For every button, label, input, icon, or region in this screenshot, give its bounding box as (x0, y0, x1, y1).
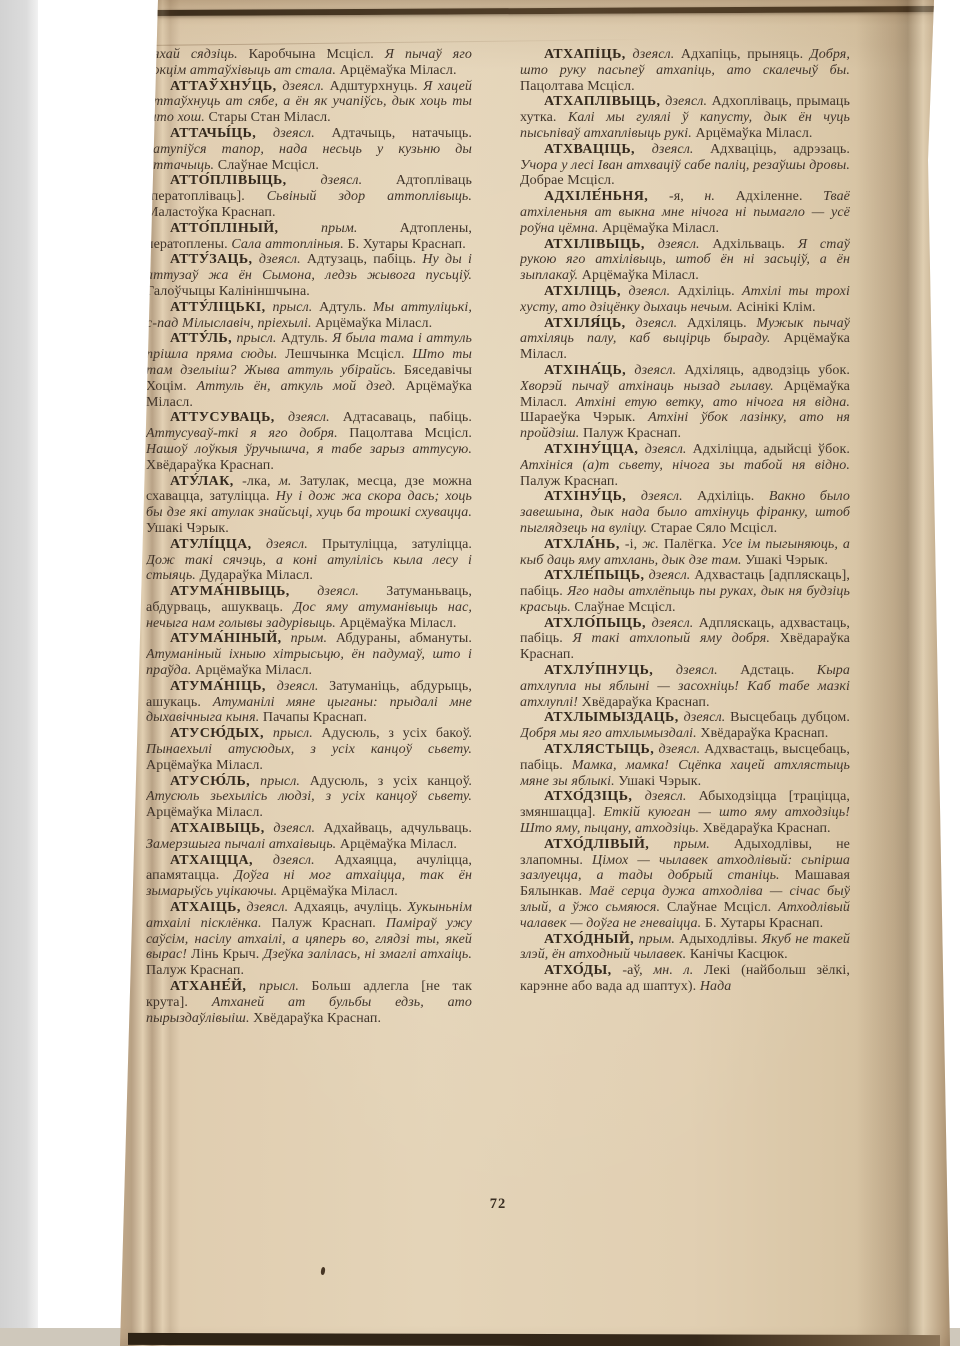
dictionary-entry: АТХІЛЯ́ЦЬ, дзеясл. Адхіляць. Мужык пычаў… (520, 316, 850, 363)
italic-run: прым. (639, 932, 680, 947)
italic-run: дзеясл. (652, 142, 710, 157)
roman-run: Арцёмаўка Міласл. (195, 663, 312, 678)
roman-run: Асінікі Клім. (736, 300, 815, 315)
roman-run: Арцёмаўка Міласл. (602, 221, 719, 236)
headword: АТХЛУ́ПНУЦЬ, (544, 663, 676, 678)
headword: АТХВАЦІЦЬ, (544, 142, 652, 157)
page-number: 72 (146, 1196, 850, 1213)
roman-run: Стары Стан Міласл. (209, 110, 331, 125)
headword: АТУМА́НІЦЬ, (170, 679, 277, 694)
italic-run: Атхініся (а)т сьвету, нічога зы табой ня… (520, 458, 850, 473)
roman-run: Б. Хутары Краснап. (705, 916, 823, 931)
book-page: няхай сядзіць. Каробчына Мсцісл. Я пычаў… (0, 0, 960, 1346)
italic-run: дзеясл. (317, 584, 386, 599)
ink-speck (320, 1267, 325, 1275)
roman-run: Галоўчыцы Калініншчына. (146, 284, 310, 299)
roman-run: Арцёмаўка Міласл. (315, 316, 432, 331)
roman-run: Слаўнае Мсцісл. (574, 600, 675, 615)
roman-run: Адштурхнуць. (330, 79, 424, 94)
italic-run: дзеясл. (634, 363, 684, 378)
roman-run: Адстаць. (740, 663, 817, 678)
roman-run: Шараеўка Чэрык. (520, 410, 648, 425)
italic-run: дзеясл. (273, 126, 331, 141)
headword: АТУМА́НІНЫЙ, (170, 631, 291, 646)
roman-run: Адхапіць, прыняць. (681, 47, 810, 62)
roman-run: Хвёдараўка Краснап. (700, 726, 828, 741)
dictionary-entry: АТХІЛІВЫЦЬ, дзеясл. Адхільваць. Я стаў р… (520, 237, 850, 284)
dictionary-entry: АТХО́ДЛІВЫЙ, прым. Адыходлівы, не злапом… (520, 837, 850, 932)
headword: АТТУ́ЛЬ, (170, 331, 237, 346)
roman-run: Арцёмаўка Міласл. (281, 884, 398, 899)
dictionary-entry: АТТАЧЫ́ЦЬ, дзеясл. Адтачыць, натачыць. З… (146, 126, 472, 173)
headword: АТХАНЕ́Й, (170, 979, 259, 994)
dictionary-entry: АТХАІЦЦА, дзеясл. Адхаяцца, ачуліцца, ап… (146, 853, 472, 900)
italic-run: Яго нады атхлёпыць пы руках, дык ня будз… (520, 584, 850, 615)
italic-run: дзеясл. (645, 442, 693, 457)
headword: АТУ́ЛАК, (170, 474, 242, 489)
italic-run: дзеясл. (320, 173, 395, 188)
italic-run: дзеясл. (652, 616, 699, 631)
roman-run: -аў, (622, 963, 653, 978)
roman-run: Адхіляць. (687, 316, 756, 331)
roman-run: Слаўнае Мсцісл. (218, 158, 319, 173)
headword: АТХО́ДЗІЦЬ, (544, 789, 645, 804)
roman-run: Адхіліць. (677, 284, 742, 299)
dictionary-entry: АТТУ́ЗАЦЬ, дзеясл. Адтузаць, пабіць. Ну … (146, 252, 472, 299)
dictionary-entry: няхай сядзіць. Каробчына Мсцісл. Я пычаў… (146, 47, 472, 79)
headword: АТТАЎХНУ́ЦЬ, (170, 79, 282, 94)
italic-run: ж. (642, 537, 664, 552)
italic-run: дзеясл. (645, 789, 699, 804)
italic-run: дзеясл. (288, 410, 343, 425)
dictionary-entry: АТХВАЦІЦЬ, дзеясл. Адхваціць, адрэзаць. … (520, 142, 850, 189)
italic-run: Аттусуваў-ткі я яго добря. (146, 426, 349, 441)
italic-run: дзеясл. (636, 316, 687, 331)
roman-run: Прытуліцца, затуліцца. (322, 537, 472, 552)
roman-run: Пацолтава Мсцісл. (520, 79, 635, 94)
roman-run: Арцёмаўка Міласл. (339, 616, 456, 631)
headword: АТХАПІ́ЦЬ, (544, 47, 633, 62)
roman-run: Абдураны, абмануты. (336, 631, 472, 646)
roman-run: Высцебаць дубцом. (730, 710, 850, 725)
dictionary-entry: АТУМА́НІНЫЙ, прым. Абдураны, абмануты. А… (146, 631, 472, 678)
italic-run: дзеясл. (246, 900, 293, 915)
dictionary-entry: АТХАІВЫЦЬ, дзеясл. Адхайваць, адчульваць… (146, 821, 472, 853)
italic-run: дзеясл. (259, 252, 307, 267)
roman-run: Палёгка. (664, 537, 721, 552)
roman-run: Арцёмаўка Міласл. (146, 758, 263, 773)
roman-run: Арцёмаўка Міласл. (340, 837, 457, 852)
italic-run: дзеясл. (273, 821, 323, 836)
headword: АТХЛЕ́ПЫЦЬ, (544, 568, 649, 583)
dictionary-entry: АТХЛУ́ПНУЦЬ, дзеясл. Адстаць. Кыра атхлу… (520, 663, 850, 710)
roman-run: Лінь Крыч. (191, 947, 263, 962)
italic-run: н. (704, 189, 735, 204)
headword: АТХІНУ́ЦЦА, (544, 442, 645, 457)
italic-run: дзеясл. (628, 284, 677, 299)
roman-run: Пачапы Краснап. (263, 710, 367, 725)
scanner-background-strip (0, 0, 38, 1346)
roman-run: Палуж Краснап. (271, 916, 385, 931)
italic-run: прысл. (259, 979, 311, 994)
left-column: няхай сядзіць. Каробчына Мсцісл. Я пычаў… (146, 47, 472, 1205)
italic-run: прысл. (273, 726, 322, 741)
roman-run: Хвёдараўка Краснап. (146, 458, 274, 473)
headword: АТХІНУ́ЦЬ, (544, 489, 641, 504)
italic-run: Дзеўка залілась, ні змаглі атхаіць. (263, 947, 472, 962)
roman-run: Адхіліцца, адыйсці ўбок. (693, 442, 850, 457)
italic-run: дзеясл. (641, 489, 697, 504)
dictionary-entry: АТХЛА́НЬ, -і, ж. Палёгка. Усе ім пыгыняю… (520, 537, 850, 569)
roman-run: Слаўнае Мсцісл. (667, 900, 778, 915)
roman-run: -і, (625, 537, 642, 552)
roman-run: Арцёмаўка Міласл. (582, 268, 699, 283)
dictionary-entry: АТХАНЕ́Й, прысл. Больш адлегла [не так к… (146, 979, 472, 1026)
italic-run: Аттуль ён, аткуль мой дзед. (196, 379, 405, 394)
italic-run: дзеясл. (649, 568, 695, 583)
headword: АТТАЧЫ́ЦЬ, (170, 126, 273, 141)
italic-run: Нада (700, 979, 732, 994)
italic-run: дзеясл. (273, 853, 335, 868)
italic-run: прым. (673, 837, 733, 852)
italic-run: Добря мы яго атхлымыздалі. (520, 726, 700, 741)
roman-run: Палуж Краснап. (146, 963, 244, 978)
headword: АТУМА́НІВЫЦЬ, (170, 584, 317, 599)
dictionary-entry: АТТАЎХНУ́ЦЬ, дзеясл. Адштурхнуць. Я хаце… (146, 79, 472, 126)
page-curl-shadow (856, 0, 952, 1346)
headword: АТУСЮ́ДЫХ, (170, 726, 273, 741)
roman-run: Адхаяць, ачуліць. (294, 900, 408, 915)
roman-run: Хвёдараўка Краснап. (582, 695, 710, 710)
italic-run: дзеясл. (658, 742, 704, 757)
headword: АТТО́ПЛІВЫЦЬ, (170, 173, 320, 188)
headword: АТТО́ПЛІНЫЙ, (170, 221, 321, 236)
dictionary-entry: АТХІНУ́ЦЬ, дзеясл. Адхіліць. Вакно было … (520, 489, 850, 536)
right-column: АТХАПІ́ЦЬ, дзеясл. Адхапіць, прыняць. До… (520, 47, 850, 1205)
dictionary-entry: АТХО́ДЫ, -аў, мн. л. Лекі (найбольш зёлк… (520, 963, 850, 995)
headword: АТХАПЛІВЫЦЬ, (544, 94, 665, 109)
roman-run: Старае Сяло Мсцісл. (651, 521, 778, 536)
headword: АТХІЛЯ́ЦЬ, (544, 316, 636, 331)
italic-run: прым. (321, 221, 400, 236)
italic-run: мн. л. (653, 963, 704, 978)
roman-run: Каробчына Мсцісл. (249, 47, 385, 62)
roman-run: Адхваціць, адрэзаць. (710, 142, 850, 157)
headword: АТТУ́ЛІЦЬКІ, (170, 300, 272, 315)
dictionary-entry: АТХО́ДНЫЙ, прым. Адыходлівы. Якуб не так… (520, 932, 850, 964)
italic-run: дзеясл. (684, 710, 731, 725)
roman-run: Адхайваць, адчульваць. (324, 821, 472, 836)
headword: АТХІЛІВЫЦЬ, (544, 237, 658, 252)
roman-run: Адтуль. (281, 331, 332, 346)
roman-run: Ушакі Чэрык. (618, 774, 701, 789)
italic-run: Учора у лесі Іван атхваціў сабе паліц, р… (520, 158, 850, 173)
roman-run: Пацолтава Мсцісл. (349, 426, 472, 441)
roman-run: Арцёмаўка Міласл. (146, 805, 263, 820)
dictionary-entry: АТХІНА́ЦЬ, дзеясл. Адхіляць, адводзіць у… (520, 363, 850, 442)
headword: АТУСЮ́ЛЬ, (170, 774, 260, 789)
italic-run: Сала аттопліныя. (231, 237, 347, 252)
roman-run: Адхільваць. (712, 237, 797, 252)
dictionary-entry: АТУ́ЛАК, -лка, м. Затулак, месца, дзе мо… (146, 474, 472, 537)
roman-run: Арцёмаўка Міласл. (695, 126, 812, 141)
headword: АТХАІВЫЦЬ, (170, 821, 273, 836)
dictionary-entry: АТХЛЯСТЫЦЬ, дзеясл. Адхвастаць, высцебац… (520, 742, 850, 789)
roman-run: Ушакі Чэрык. (146, 521, 229, 536)
roman-run: Арцёмаўка Міласл. (340, 63, 457, 78)
italic-run: Я такі атхлопый яму добря. (573, 631, 780, 646)
scanned-page: няхай сядзіць. Каробчына Мсцісл. Я пычаў… (0, 0, 960, 1346)
roman-run: -я, (669, 189, 704, 204)
roman-run: Адтасаваць, пабіць. (343, 410, 472, 425)
roman-run: Б. Хутары Краснап. (347, 237, 465, 252)
dictionary-entry: АТХАПЛІВЫЦЬ, дзеясл. Адхопліваць, прымац… (520, 94, 850, 141)
italic-run: м. (279, 474, 300, 489)
dictionary-entry: АТУЛІ́ЦЦА, дзеясл. Прытуліцца, затуліцца… (146, 537, 472, 584)
dictionary-entry: АТТО́ПЛІВЫЦЬ, дзеясл. Адтопліваць [перат… (146, 173, 472, 220)
italic-run: прысл. (237, 331, 281, 346)
dictionary-entry: АТТУ́ЛЬ, прысл. Адтуль. Я была тама і ат… (146, 331, 472, 410)
dictionary-entry: АТХЛО́ПЫЦЬ, дзеясл. Адпляскаць, адхваста… (520, 616, 850, 663)
roman-run: Палуж Краснап. (583, 426, 681, 441)
headword: АТХІНА́ЦЬ, (544, 363, 634, 378)
italic-run: прым. (291, 631, 336, 646)
headword: АТУЛІ́ЦЦА, (170, 537, 266, 552)
dictionary-entry: АТУСЮ́ДЫХ, прысл. Адусюль, з усіх бакоў.… (146, 726, 472, 773)
dictionary-entry: АТХАПІ́ЦЬ, дзеясл. Адхапіць, прыняць. До… (520, 47, 850, 94)
headword: АТХО́ДЛІВЫЙ, (544, 837, 673, 852)
dictionary-entry: АТХІНУ́ЦЦА, дзеясл. Адхіліцца, адыйсці ў… (520, 442, 850, 489)
roman-run: Адхіленне. (736, 189, 824, 204)
roman-run: Адыходлівы. (679, 932, 762, 947)
italic-run: Атусюль зьехылісь людзі, з усіх канцоў с… (146, 789, 472, 804)
roman-run: Адтуль. (319, 300, 373, 315)
roman-run: Адтузаць, пабіць. (307, 252, 422, 267)
italic-run: дзеясл. (633, 47, 681, 62)
italic-run: прысл. (260, 774, 310, 789)
headword: АТХЛО́ПЫЦЬ, (544, 616, 652, 631)
roman-run: Хвёдараўка Краснап. (253, 1011, 381, 1026)
italic-run: дзеясл. (282, 79, 329, 94)
dictionary-entry: АТУМА́НІЦЬ, дзеясл. Затуманіць, абдурыць… (146, 679, 472, 726)
dictionary-entry: АТТУСУВАЦЬ, дзеясл. Адтасаваць, пабіць. … (146, 410, 472, 473)
headword: АТХАІЦЬ, (170, 900, 246, 915)
dictionary-entry: АДХІЛЕ́НЬНЯ, -я, н. Адхіленне. Тваё атхі… (520, 189, 850, 236)
headword: АТТУСУВАЦЬ, (170, 410, 288, 425)
italic-run: няхай сядзіць. (146, 47, 249, 62)
headword: АТХО́ДЫ, (544, 963, 622, 978)
dictionary-entry: АТТУ́ЛІЦЬКІ, прысл. Адтуль. Мы аттуліцьк… (146, 300, 472, 332)
dictionary-entry: АТХЛЕ́ПЫЦЬ, дзеясл. Адхвастаць [адпляска… (520, 568, 850, 615)
roman-run: Хвёдараўка Краснап. (703, 821, 831, 836)
italic-run: Сьвіный здор аттоплівыць. (267, 189, 472, 204)
roman-run: Адхіліць. (697, 489, 769, 504)
italic-run: прысл. (272, 300, 319, 315)
roman-run: Палуж Краснап. (520, 474, 618, 489)
headword: АТХАІЦЦА, (170, 853, 273, 868)
roman-run: Адусюль, з усіх канцоў. (310, 774, 472, 789)
dictionary-entry: АТТО́ПЛІНЫЙ, прым. Адтоплены, ператоплен… (146, 221, 472, 253)
headword: АТТУ́ЗАЦЬ, (170, 252, 259, 267)
roman-run: Добрае Мсцісл. (520, 173, 615, 188)
headword: АТХО́ДНЫЙ, (544, 932, 639, 947)
italic-run: дзеясл. (658, 237, 713, 252)
dictionary-entry: АТХАІЦЬ, дзеясл. Адхаяць, ачуліць. Хукын… (146, 900, 472, 979)
italic-run: Хворэй пычаў атхінаць нызад гылаву. (520, 379, 784, 394)
roman-run: Адусюль, з усіх бакоў. (321, 726, 472, 741)
headword: АДХІЛЕ́НЬНЯ, (544, 189, 669, 204)
italic-run: дзеясл. (277, 679, 329, 694)
roman-run: Дудараўка Міласл. (200, 568, 313, 583)
dictionary-entry: АТУСЮ́ЛЬ, прысл. Адусюль, з усіх канцоў.… (146, 774, 472, 821)
headword: АТХЛА́НЬ, (544, 537, 625, 552)
dictionary-entry: АТУМА́НІВЫЦЬ, дзеясл. Затуманьваць, абду… (146, 584, 472, 631)
italic-run: Атхіні етую ветку, ато нічога ня відна. (576, 395, 850, 410)
italic-run: дзеясл. (665, 94, 711, 109)
headword: АТХІЛІЦЬ, (544, 284, 628, 299)
book-bottom-edge (128, 1333, 940, 1346)
italic-run: Нашоў лоўкыя ўручышча, я табе зарыз атту… (146, 442, 472, 457)
dictionary-entry: АТХО́ДЗІЦЬ, дзеясл. Абыходзіцца [траціцц… (520, 789, 850, 836)
italic-run: Пынаехылі атусюдых, з усіх канцоў сьвету… (146, 742, 472, 757)
roman-run: Канічы Касцюк. (690, 947, 788, 962)
italic-run: дзеясл. (266, 537, 322, 552)
dictionary-entry: АТХЛЫМЫЗДАЦЬ, дзеясл. Высцебаць дубцом. … (520, 710, 850, 742)
italic-run: Замерзшыга пычалі атхаівыць. (146, 837, 340, 852)
roman-run: Маластоўка Краснап. (146, 205, 276, 220)
headword: АТХЛЫМЫЗДАЦЬ, (544, 710, 684, 725)
headword: АТХЛЯСТЫЦЬ, (544, 742, 658, 757)
roman-run: Адхіляць, адводзіць убок. (684, 363, 850, 378)
roman-run: -лка, (242, 474, 279, 489)
dictionary-entry: АТХІЛІЦЬ, дзеясл. Адхіліць. Атхілі ты тр… (520, 284, 850, 316)
roman-run: Лешчынка Мсцісл. (285, 347, 412, 362)
italic-run: дзеясл. (676, 663, 740, 678)
roman-run: Ушакі Чэрык. (745, 553, 828, 568)
roman-run: Адтачыць, натачыць. (331, 126, 472, 141)
